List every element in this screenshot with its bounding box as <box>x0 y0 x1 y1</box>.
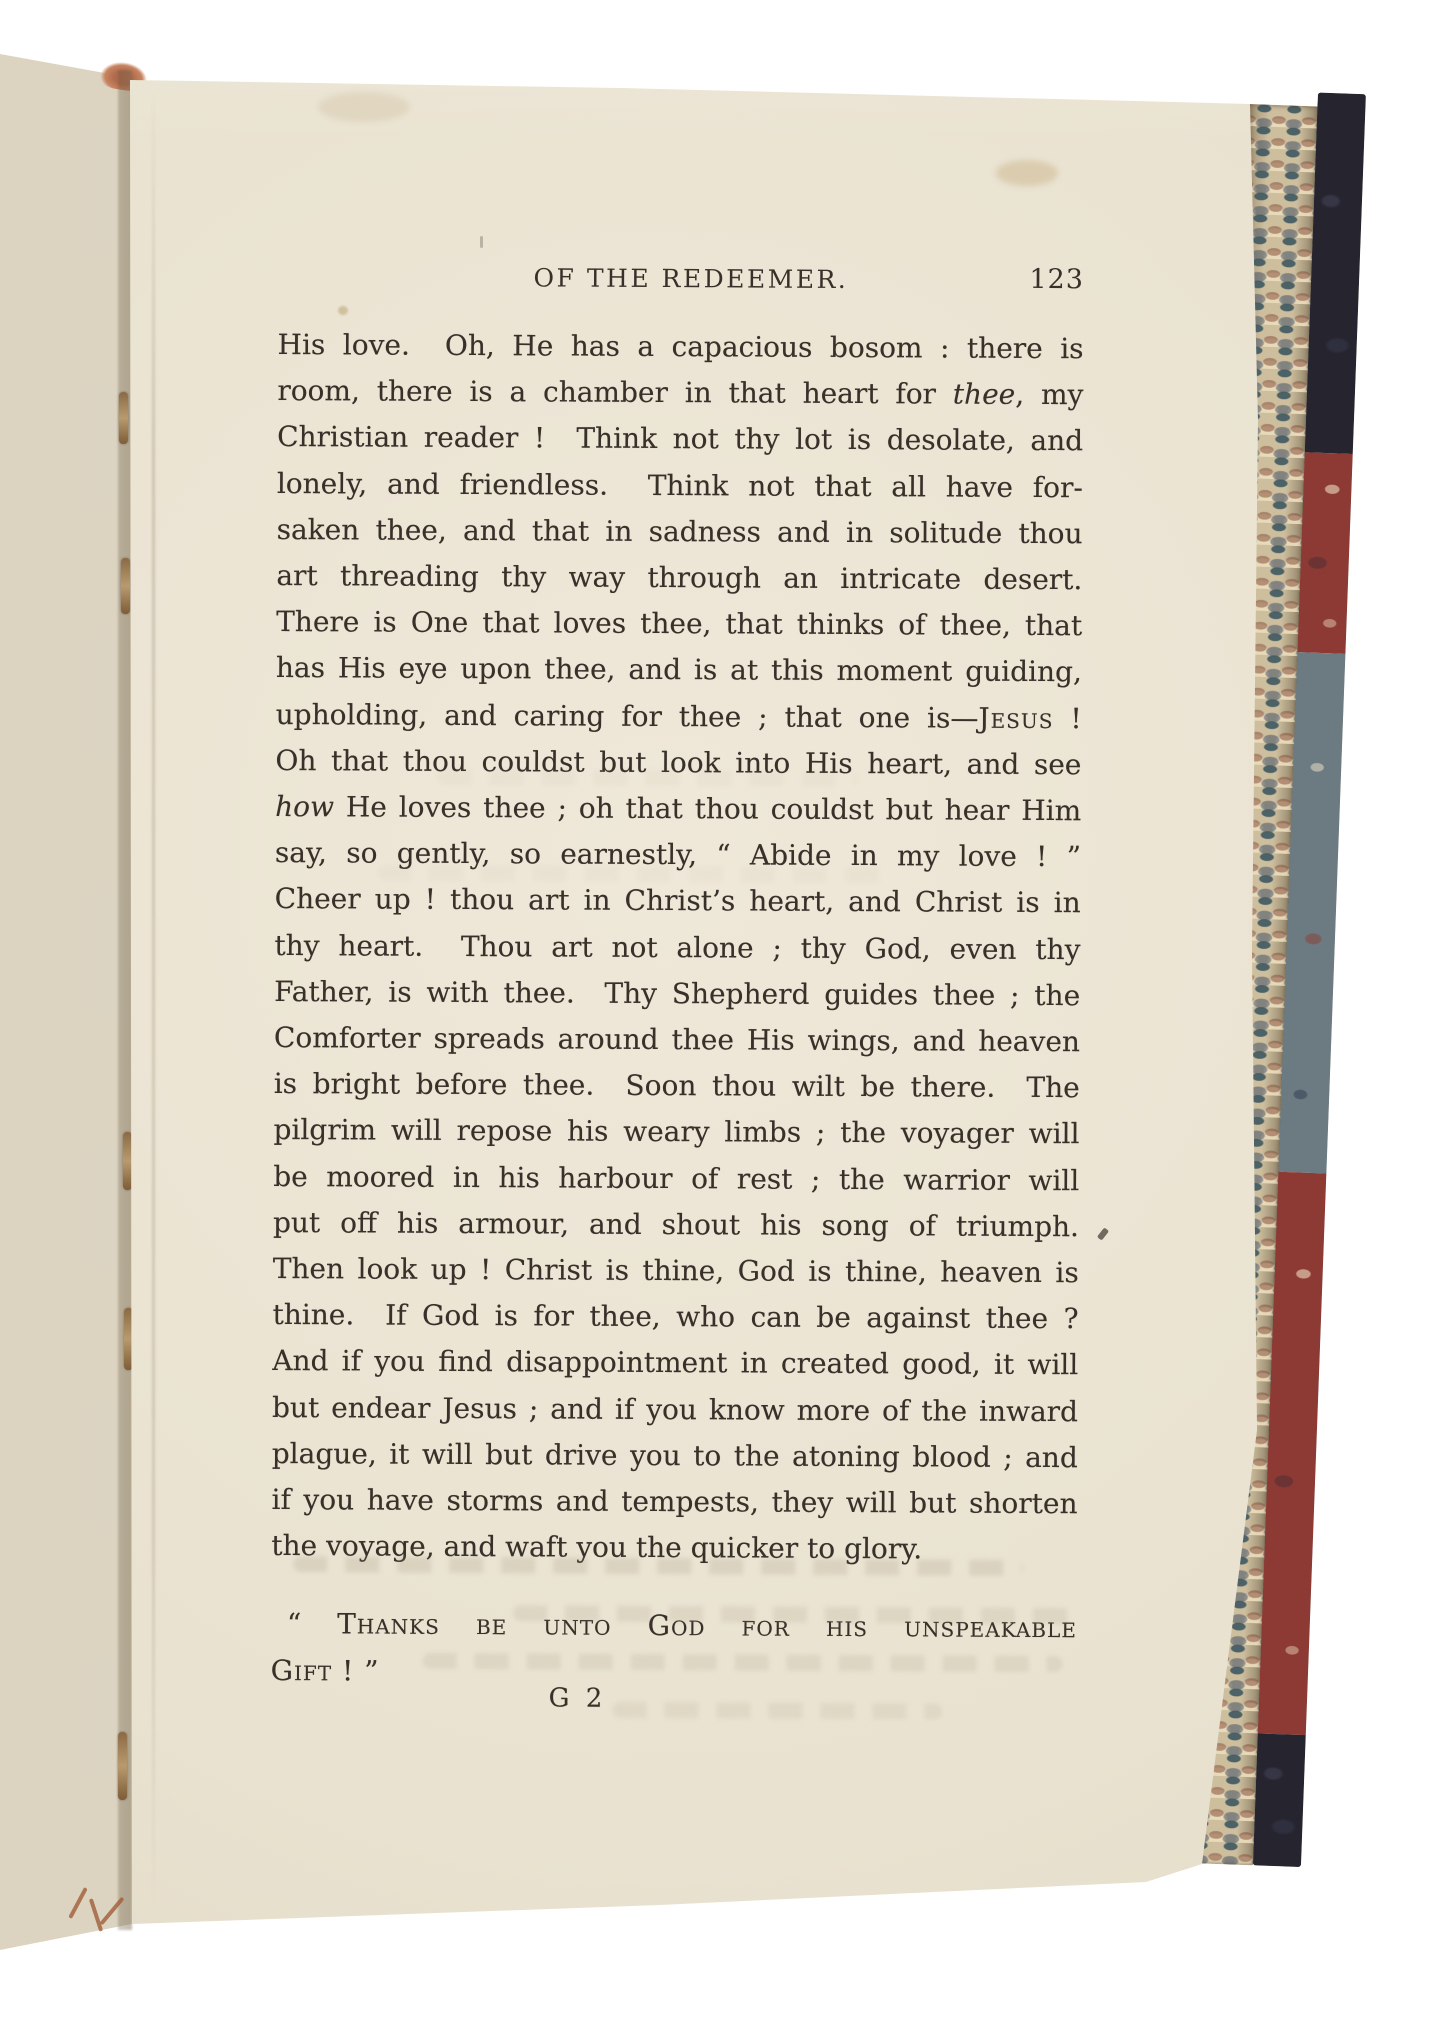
text-line: has His eye upon thee, and is at this mo… <box>276 645 1082 695</box>
text-line: His love. Oh, He has a capacious bosom :… <box>277 322 1083 372</box>
printed-text-layer: OF THE REDEEMER. 123 His love. Oh, He ha… <box>0 0 1445 2023</box>
text-line: pilgrim will repose his weary limbs ; th… <box>273 1107 1079 1157</box>
text-line: put off his armour, and shout his song o… <box>273 1200 1079 1250</box>
text-line: Comforter spreads around thee His wings,… <box>274 1015 1080 1065</box>
body-text: His love. Oh, He has a capacious bosom :… <box>271 322 1084 1574</box>
text-line: but endear Jesus ; and if you know more … <box>272 1385 1078 1435</box>
page-number: 123 <box>1029 264 1084 295</box>
book-page-photo: OF THE REDEEMER. 123 His love. Oh, He ha… <box>0 0 1445 2023</box>
show-through-ghost <box>513 1605 1073 1624</box>
text-line: room, there is a chamber in that heart f… <box>277 368 1083 418</box>
text-line: thy heart. Thou art not alone ; thy God,… <box>274 923 1080 973</box>
text-line: thine. If God is for thee, who can be ag… <box>272 1292 1078 1342</box>
show-through-ghost <box>437 769 857 787</box>
text-line: how He loves thee ; oh that thou couldst… <box>275 784 1081 834</box>
running-head: OF THE REDEEMER. 123 <box>278 262 1084 302</box>
text-line: upholding, and caring for thee ; that on… <box>276 692 1082 742</box>
show-through-ghost <box>612 1702 942 1720</box>
text-line: Then look up ! Christ is thine, God is t… <box>273 1246 1079 1296</box>
text-line: plague, it will but drive you to the ato… <box>272 1431 1078 1481</box>
text-line: art threading thy way through an intrica… <box>276 553 1082 603</box>
show-through-ghost <box>293 1556 1023 1576</box>
running-header-title: OF THE REDEEMER. <box>278 262 1084 295</box>
text-line: Father, is with thee. Thy Shepherd guide… <box>274 969 1080 1019</box>
text-line: be moored in his harbour of rest ; the w… <box>273 1154 1079 1204</box>
text-line: Cheer up ! thou art in Christ’s heart, a… <box>275 876 1081 926</box>
text-line: lonely, and friendless. Think not that a… <box>277 461 1083 511</box>
show-through-ghost <box>377 865 897 884</box>
show-through-ghost <box>423 1653 1063 1672</box>
text-line: saken thee, and that in sadness and in s… <box>277 507 1083 557</box>
text-line: if you have storms and tempests, they wi… <box>271 1477 1077 1527</box>
text-line: There is One that loves thee, that think… <box>276 599 1082 649</box>
text-line: And if you find disappointment in create… <box>272 1338 1078 1388</box>
text-line: is bright before thee. Soon thou wilt be… <box>274 1061 1080 1111</box>
text-line: Christian reader ! Think not thy lot is … <box>277 414 1083 464</box>
